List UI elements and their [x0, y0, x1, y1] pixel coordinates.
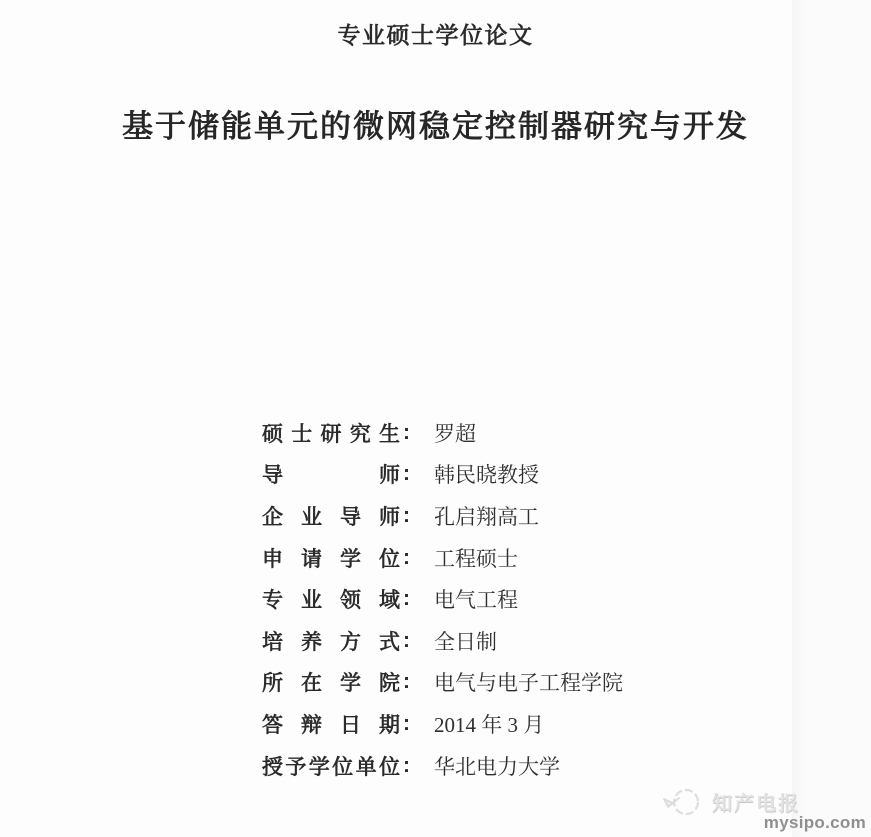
watermark-site-url: mysipo.com — [764, 813, 866, 833]
info-colon: : — [403, 754, 410, 778]
info-value: 罗超 — [434, 418, 476, 448]
thesis-title: 基于储能单元的微网稳定控制器研究与开发 — [0, 101, 871, 146]
info-row: 申请学位: 工程硕士 — [262, 537, 623, 579]
info-row: 答辩日期: 2014 年 3 月 — [262, 703, 623, 745]
info-value: 韩民晓教授 — [434, 459, 539, 489]
bird-circle-logo-icon — [660, 778, 706, 824]
info-value: 全日制 — [434, 626, 497, 656]
info-value: 孔启翔高工 — [434, 501, 539, 531]
info-colon: : — [403, 587, 410, 611]
info-row: 企业导师: 孔启翔高工 — [262, 495, 623, 537]
info-label: 导师 — [262, 459, 400, 489]
info-label: 授予学位单位 — [262, 751, 400, 781]
info-row: 专业领域: 电气工程 — [262, 578, 623, 620]
info-colon: : — [403, 421, 410, 445]
info-label: 申请学位 — [262, 543, 400, 573]
info-colon: : — [403, 629, 410, 653]
info-row: 导师: 韩民晓教授 — [262, 454, 623, 496]
info-colon: : — [403, 462, 410, 486]
watermark-brand-text: 知产电报 — [712, 787, 800, 816]
info-colon: : — [403, 670, 410, 694]
info-row: 培养方式: 全日制 — [262, 620, 623, 662]
thesis-cover-page: 专业硕士学位论文 基于储能单元的微网稳定控制器研究与开发 硕士研究生: 罗超 导… — [0, 0, 871, 837]
document-type-heading: 专业硕士学位论文 — [0, 17, 871, 50]
info-value: 华北电力大学 — [434, 751, 560, 781]
info-label: 培养方式 — [262, 626, 400, 656]
info-row: 授予学位单位: 华北电力大学 — [262, 745, 623, 787]
info-list: 硕士研究生: 罗超 导师: 韩民晓教授 企业导师: 孔启翔高工 申请学位: 工程… — [262, 412, 623, 786]
info-colon: : — [403, 546, 410, 570]
info-row: 所在学院: 电气与电子工程学院 — [262, 662, 623, 704]
info-value: 工程硕士 — [434, 543, 518, 573]
info-colon: : — [403, 504, 410, 528]
info-label: 所在学院 — [262, 667, 400, 697]
info-label: 企业导师 — [262, 501, 400, 531]
info-label: 专业领域 — [262, 584, 400, 614]
info-label: 硕士研究生 — [262, 418, 400, 448]
info-value: 电气工程 — [434, 584, 518, 614]
info-colon: : — [403, 712, 410, 736]
info-value: 2014 年 3 月 — [434, 709, 544, 739]
info-value: 电气与电子工程学院 — [434, 667, 623, 697]
info-label: 答辩日期 — [262, 709, 400, 739]
info-row: 硕士研究生: 罗超 — [262, 412, 623, 454]
